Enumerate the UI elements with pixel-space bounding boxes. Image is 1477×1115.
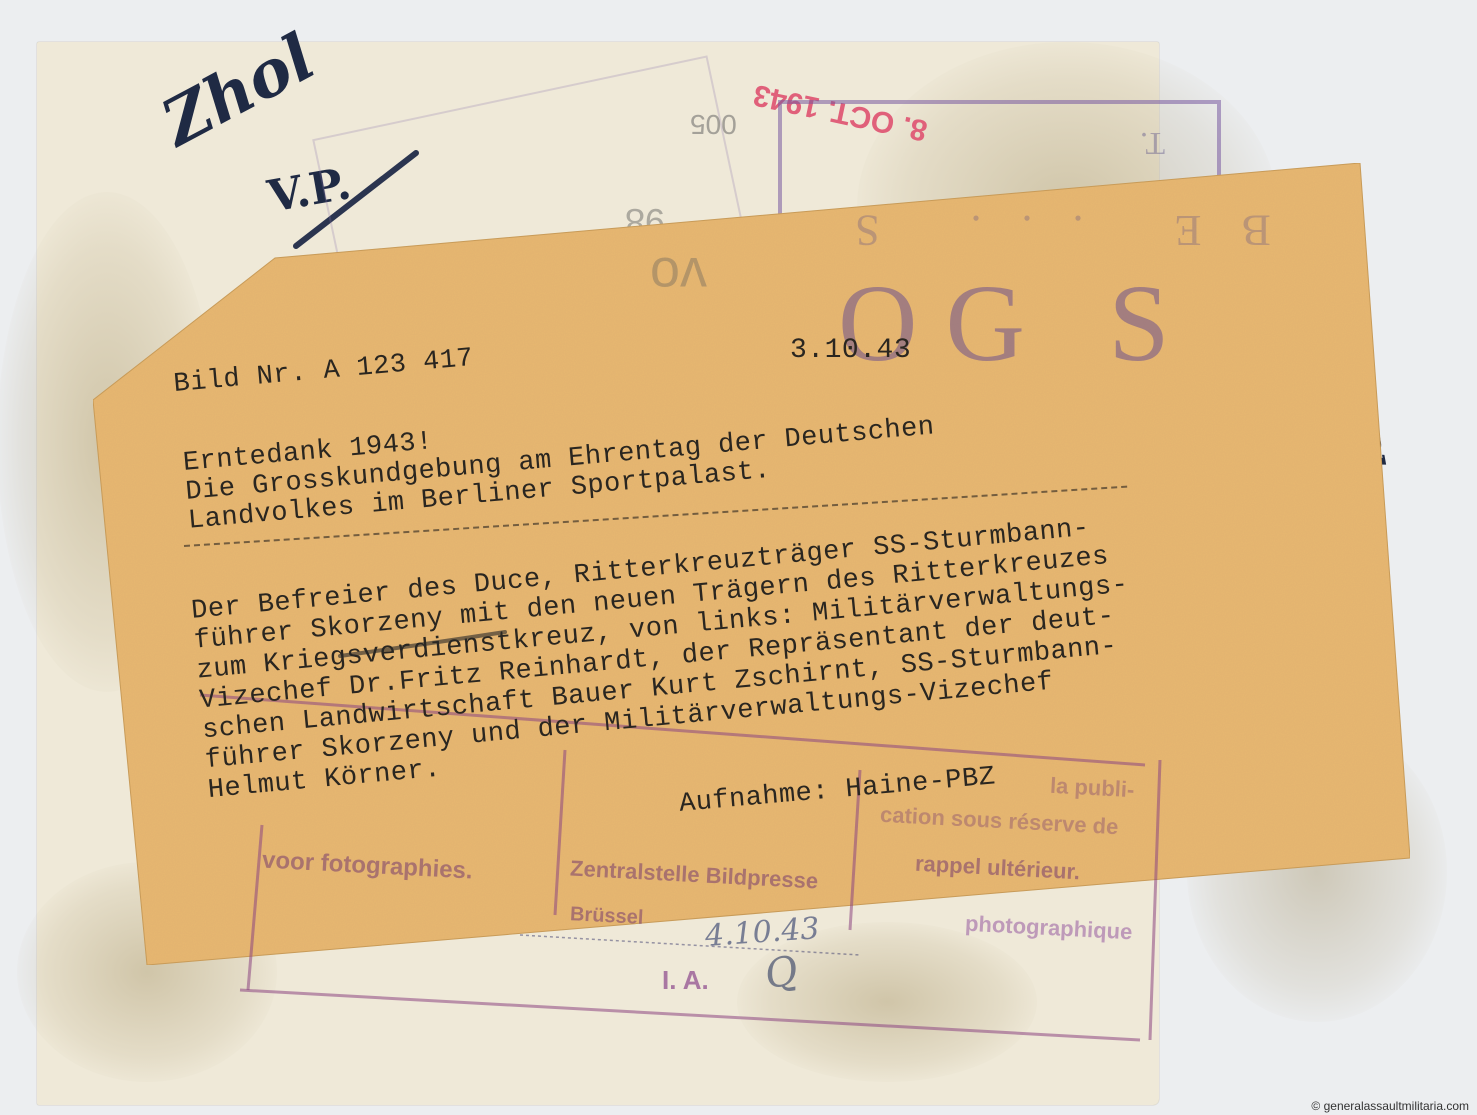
copyright-notice: © generalassaultmilitaria.com: [1311, 1099, 1469, 1113]
pen-underline: [0, 0, 1477, 1115]
